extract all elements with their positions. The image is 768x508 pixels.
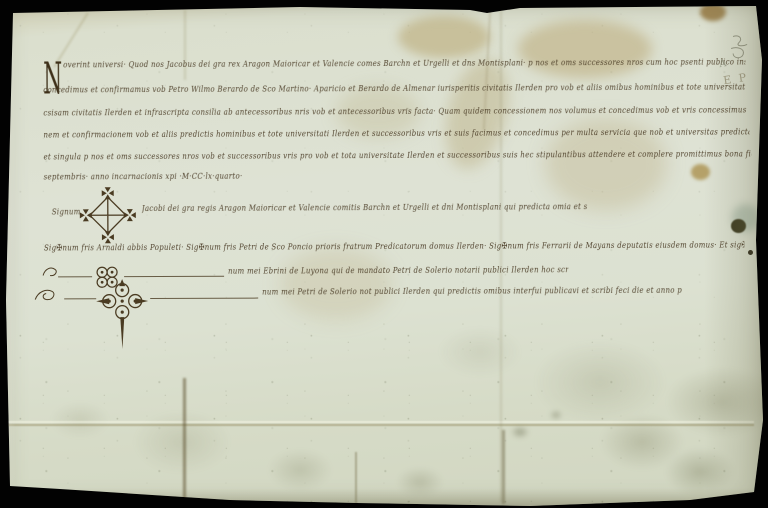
- signum-rule-line-2a: [64, 298, 96, 299]
- royal-signum-cross-icon: [80, 187, 136, 243]
- manuscript-text-layer: N overint universi· Quod nos Jacobus dei…: [0, 0, 768, 508]
- notarial-line-1: num mei Ebrini de Luyona qui de mandato …: [228, 265, 568, 276]
- photo-background: N overint universi· Quod nos Jacobus dei…: [0, 0, 768, 508]
- notary-flourish-2-icon: [34, 287, 58, 303]
- body-line-5: et singula p nos et oms successores nros…: [44, 149, 752, 162]
- body-line-3: csisam civitatis Ilerden et infrascripta…: [43, 105, 747, 118]
- parchment-sheet: N overint universi· Quod nos Jacobus dei…: [0, 0, 768, 508]
- body-line-2: concedimus et confirmamus vob Petro Wilm…: [43, 82, 745, 95]
- signum-rule-line-1a: [58, 276, 92, 277]
- royal-subscription-line: Jacobi dei gra regis Aragon Maioricar et…: [142, 202, 587, 214]
- witness-line: Sig✠num fris Arnaldi abbis Populeti· Sig…: [44, 240, 744, 253]
- body-line-1: overint universi· Quod nos Jacobus dei g…: [63, 57, 745, 70]
- dating-clause-line: septembris· anno incarnacionis xpi ·M·CC…: [44, 171, 284, 182]
- archival-squiggle-icon: [727, 34, 753, 62]
- signum-rule-line-1b: [124, 276, 224, 277]
- signum-rule-line-2b: [150, 298, 258, 299]
- notarial-line-2: num mei Petri de Solerio not publici Ile…: [262, 286, 682, 298]
- initial-letter: N: [43, 54, 62, 105]
- notarial-sign-large-icon: [96, 279, 148, 349]
- body-line-4: nem et confirmacionem vob et aliis predi…: [43, 127, 749, 140]
